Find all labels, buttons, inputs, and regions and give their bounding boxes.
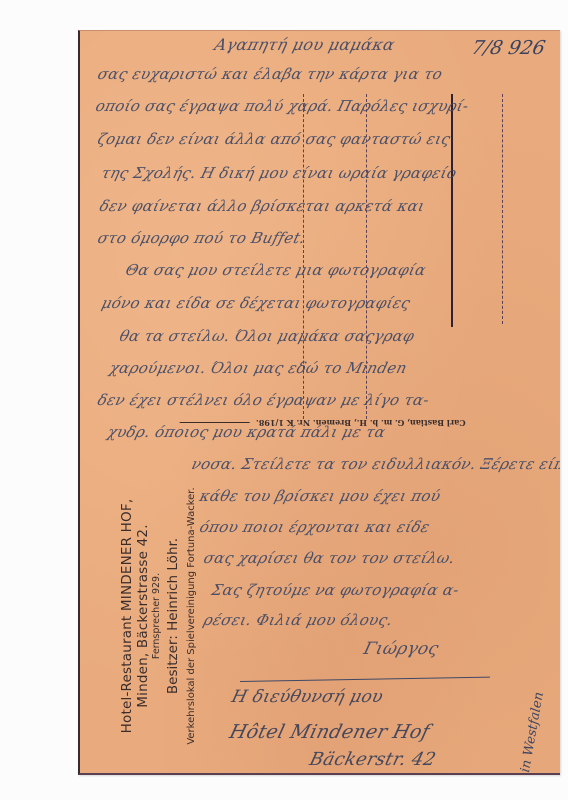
letter-line: της Σχολής. Η δική μου είναι ωραία γραφε… bbox=[100, 164, 459, 182]
signature-underline bbox=[240, 677, 490, 682]
imprint-hotel-name: Hotel-Restaurant MINDENER HOF, bbox=[120, 466, 136, 766]
letter-line: ρέσει. Φιλιά μου όλους. bbox=[202, 611, 395, 629]
return-address-label: Η διεύθυνσή μου bbox=[230, 687, 386, 707]
solid-rule bbox=[451, 94, 453, 327]
return-address-line1: Hôtel Mindener Hof bbox=[227, 721, 432, 743]
letter-line: στο όμορφο πού το Buffet. bbox=[96, 229, 308, 247]
letter-line: θα τα στείλω. Όλοι μαμάκα σαςγραφ bbox=[118, 327, 417, 345]
letter-line: Θα σας μου στείλετε μια φωτογραφία bbox=[124, 261, 428, 279]
imprint-address: Minden, Bäckerstrasse 42. bbox=[136, 466, 152, 766]
letter-line: σας ευχαριστώ και έλαβα την κάρτα για το bbox=[96, 65, 445, 83]
letter-line: ζομαι δεν είναι άλλα από σας φανταστώ ει… bbox=[96, 130, 453, 148]
dashed-rule-3 bbox=[502, 94, 503, 324]
salutation: Αγαπητή μου μαμάκα bbox=[213, 35, 397, 54]
hotel-imprint: Hotel-Restaurant MINDENER HOF, Minden, B… bbox=[120, 466, 198, 766]
letter-line: νοσα. Στείλετε τα τον ειδυλλιακόν. Ξέρετ… bbox=[190, 455, 560, 473]
letter-line: χαρούμενοι. Όλοι μας εδώ το Minden bbox=[108, 359, 409, 377]
letter-line: κάθε του βρίσκει μου έχει πού bbox=[198, 487, 443, 505]
region-note: in Westfalen bbox=[518, 691, 547, 774]
letter-line: οποίο σας έγραψα πολύ χαρά. Παρόλες ισχυ… bbox=[94, 97, 471, 115]
letter-date: 7/8 926 bbox=[470, 37, 548, 59]
scan-background: Carl Bastian, G. m. b. H., Bremen. Nr. K… bbox=[0, 0, 568, 800]
letter-line: χυδρ. όποιος μου κρατά πάλι με τα bbox=[106, 423, 388, 441]
imprint-phone: Fernsprecher 929. bbox=[152, 466, 163, 766]
imprint-club-note: Verkehrslokal der Spielvereinigung Fortu… bbox=[186, 466, 198, 766]
imprint-owner: Besitzer: Heinrich Löhr. bbox=[166, 466, 182, 766]
letter-line: όπου ποιοι έρχονται και είδε bbox=[198, 518, 432, 536]
letter-line: σας χαρίσει θα τον τον στείλω. bbox=[202, 549, 457, 567]
letter-line: Σας ζητούμε να φωτογραφία α- bbox=[210, 581, 461, 599]
signature: Γιώργος bbox=[362, 639, 441, 659]
postcard: Carl Bastian, G. m. b. H., Bremen. Nr. K… bbox=[78, 30, 560, 775]
letter-line: δεν φαίνεται άλλο βρίσκεται αρκετά και bbox=[98, 197, 427, 215]
letter-line: δεν έχει στέλνει όλο έγραψαν με λίγο τα- bbox=[96, 391, 432, 409]
return-address-line2: Bäckerstr. 42 bbox=[307, 749, 438, 770]
letter-line: μόνο και είδα σε δέχεται φωτογραφίες bbox=[100, 294, 413, 312]
